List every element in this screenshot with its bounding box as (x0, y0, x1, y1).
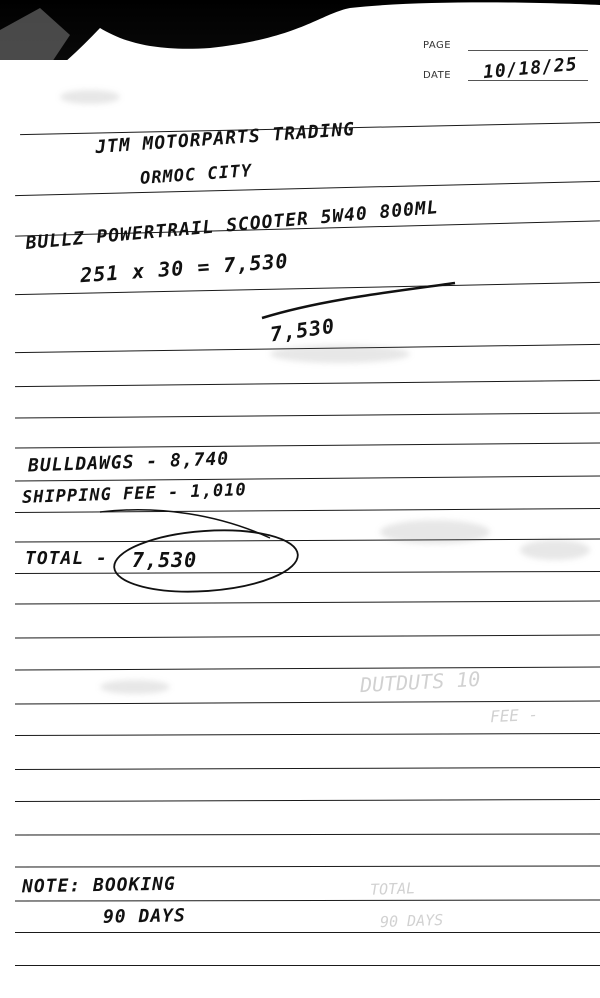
notebook-page: PAGE DATE 10/18/25 DUTDUTS 10 FEE - TOTA… (0, 0, 600, 998)
company-name: JTM MOTORPARTS TRADING (95, 119, 356, 158)
bleed-through-text: 90 DAYS (380, 911, 444, 931)
smudge (60, 90, 120, 104)
ruled-line (15, 634, 600, 638)
ruled-line (15, 965, 600, 966)
ruled-line (15, 475, 600, 481)
ruled-line (15, 700, 600, 704)
ruled-line (15, 412, 600, 418)
smudge (100, 680, 170, 694)
page-line (468, 50, 588, 51)
bleed-through-text: TOTAL (370, 879, 416, 899)
ruled-line (15, 442, 600, 448)
page-label: PAGE (423, 40, 451, 51)
bleed-through-text: FEE - (490, 705, 539, 726)
date-label: DATE (423, 70, 451, 81)
ruled-line (15, 932, 600, 933)
note-line: NOTE: BOOKING (22, 874, 176, 898)
ruled-line (15, 380, 600, 387)
ruled-line (15, 666, 600, 670)
smudge (520, 540, 590, 560)
breakdown-item: SHIPPING FEE - 1,010 (22, 480, 247, 508)
company-city: ORMOC CITY (139, 161, 252, 189)
ruled-line (15, 899, 600, 901)
ruled-line (15, 571, 600, 574)
item-calculation: 251 x 30 = 7,530 (79, 249, 289, 287)
bleed-through-text: DUTDUTS 10 (359, 667, 481, 697)
ruled-line (15, 181, 600, 196)
ruled-line (15, 508, 600, 513)
ruled-line (15, 865, 600, 867)
photo-shadow (0, 0, 600, 60)
ruled-line (15, 733, 600, 736)
note-line: 90 DAYS (103, 905, 186, 927)
total-label: TOTAL - (25, 548, 108, 569)
ruled-line (15, 538, 600, 542)
total-value: 7,530 (132, 548, 197, 572)
ruled-line (15, 600, 600, 604)
smudge (270, 345, 410, 363)
subtotal-value: 7,530 (269, 314, 337, 347)
ruled-line (15, 833, 600, 835)
ruled-line (15, 767, 600, 770)
breakdown-item: BULLDAWGS - 8,740 (28, 448, 230, 476)
ruled-line (15, 799, 600, 802)
smudge (380, 520, 490, 544)
